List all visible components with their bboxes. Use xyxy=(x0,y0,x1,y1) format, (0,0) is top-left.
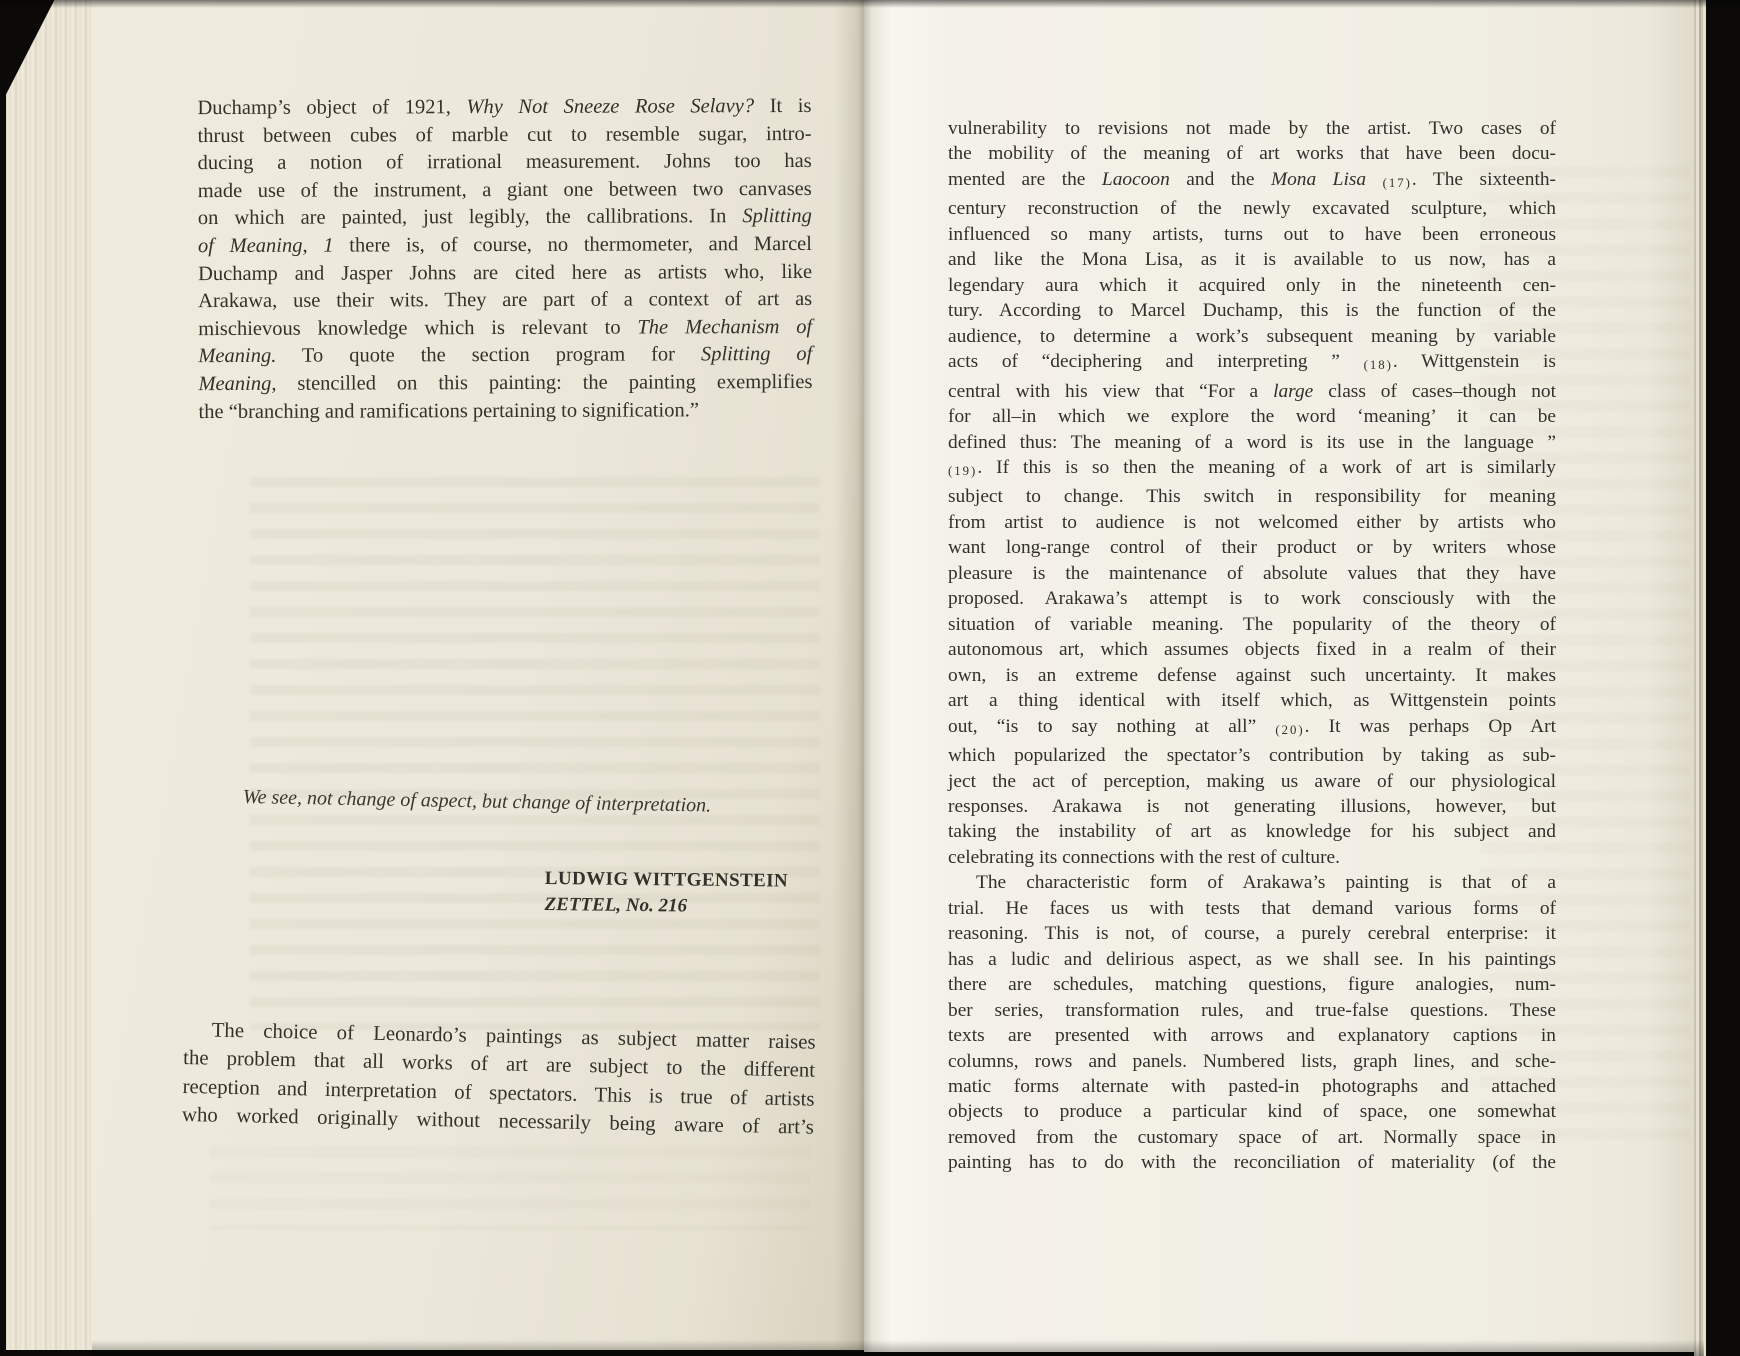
right-page-text: vulnerability to revisions not made by t… xyxy=(948,116,1556,1176)
text-line: for all–in which we explore the word ‘me… xyxy=(948,404,1556,429)
text-line: painting has to do with the reconciliati… xyxy=(948,1150,1556,1175)
text-line: mented are the Laocoon and the Mona Lisa… xyxy=(948,167,1556,197)
left-paragraph-leonardo: The choice of Leonardo’s paintings as su… xyxy=(182,1016,816,1142)
text-line: matic forms alternate with pasted-in pho… xyxy=(948,1074,1556,1099)
text-line: celebrating its connections with the res… xyxy=(948,845,1556,870)
text-line: The characteristic form of Arakawa’s pai… xyxy=(948,870,1556,895)
text-line: art a thing identical with itself which,… xyxy=(948,688,1556,713)
text-line: century reconstruction of the newly exca… xyxy=(948,196,1556,221)
text-line: ject the act of perception, making us aw… xyxy=(948,769,1556,794)
text-line: and like the Mona Lisa, as it is availab… xyxy=(948,247,1556,272)
book-fore-edge-pages xyxy=(6,0,94,1350)
text-line: has a ludic and delirious aspect, as we … xyxy=(948,947,1556,972)
wittgenstein-attribution: LUDWIG WITTGENSTEIN ZETTEL, No. 216 xyxy=(544,866,805,921)
text-line: reasoning. This is not, of course, a pur… xyxy=(948,921,1556,946)
text-line: acts of “deciphering and interpreting ” … xyxy=(948,349,1556,379)
text-line: which popularized the spectator’s contri… xyxy=(948,743,1556,768)
text-line: Duchamp and Jasper Johns are cited here … xyxy=(198,258,812,288)
text-line: own, is an extreme defense against such … xyxy=(948,663,1556,688)
text-line: thrust between cubes of marble cut to re… xyxy=(198,121,812,151)
text-line: autonomous art, which assumes objects fi… xyxy=(948,637,1556,662)
text-line: from artist to audience is not welcomed … xyxy=(948,510,1556,535)
text-line: pleasure is the maintenance of absolute … xyxy=(948,561,1556,586)
text-line: trial. He faces us with tests that deman… xyxy=(948,896,1556,921)
text-line: legendary aura which it acquired only in… xyxy=(948,273,1556,298)
text-line: tury. According to Marcel Duchamp, this … xyxy=(948,298,1556,323)
attribution-author: LUDWIG WITTGENSTEIN xyxy=(545,866,805,895)
text-line: vulnerability to revisions not made by t… xyxy=(948,116,1556,141)
text-line: columns, rows and panels. Numbered lists… xyxy=(948,1049,1556,1074)
text-line: objects to produce a particular kind of … xyxy=(948,1099,1556,1124)
attribution-source: ZETTEL, No. 216 xyxy=(544,892,804,921)
text-line: made use of the instrument, a giant one … xyxy=(198,176,812,206)
text-line: mischievous knowledge which is relevant … xyxy=(198,314,812,344)
text-line: taking the instability of art as knowled… xyxy=(948,819,1556,844)
text-line: subject to change. This switch in respon… xyxy=(948,484,1556,509)
text-line: audience, to determine a work’s subseque… xyxy=(948,324,1556,349)
text-line: out, “is to say nothing at all” (20). It… xyxy=(948,714,1556,744)
text-line: central with his view that “For a large … xyxy=(948,379,1556,404)
left-paragraph-duchamp: Duchamp’s object of 1921, Why Not Sneeze… xyxy=(197,93,812,426)
text-line: defined thus: The meaning of a word is i… xyxy=(948,430,1556,455)
text-line: of Meaning, 1 there is, of course, no th… xyxy=(198,231,812,261)
text-line: removed from the customary space of art.… xyxy=(948,1125,1556,1150)
text-line: (19). If this is so then the meaning of … xyxy=(948,455,1556,485)
text-line: proposed. Arakawa’s attempt is to work c… xyxy=(948,586,1556,611)
right-page-edge-stack xyxy=(1694,0,1706,1356)
text-line: ber series, transformation rules, and tr… xyxy=(948,998,1556,1023)
text-line: influenced so many artists, turns out to… xyxy=(948,222,1556,247)
text-line: Meaning, stencilled on this painting: th… xyxy=(198,369,812,399)
text-line: situation of variable meaning. The popul… xyxy=(948,612,1556,637)
book-bottom-shadow xyxy=(92,1340,1704,1356)
book-photograph: { "colors":{"background":"#0b0a08","page… xyxy=(0,0,1740,1356)
text-line: the mobility of the meaning of art works… xyxy=(948,141,1556,166)
text-line: Duchamp’s object of 1921, Why Not Sneeze… xyxy=(197,93,811,123)
text-line: ducing a notion of irrational measuremen… xyxy=(198,148,812,178)
text-line: responses. Arakawa is not generating ill… xyxy=(948,794,1556,819)
text-line: on which are painted, just legibly, the … xyxy=(198,203,812,233)
text-line: texts are presented with arrows and expl… xyxy=(948,1023,1556,1048)
text-line: there are schedules, matching questions,… xyxy=(948,972,1556,997)
book-spine-gutter-shadow xyxy=(834,0,892,1352)
text-line: Arakawa, use their wits. They are part o… xyxy=(198,286,812,316)
text-line: want long-range control of their product… xyxy=(948,535,1556,560)
book-top-shadow xyxy=(0,0,1740,8)
text-line: the “branching and ramifications pertain… xyxy=(198,396,812,426)
text-line: Meaning. To quote the section program fo… xyxy=(198,341,812,371)
